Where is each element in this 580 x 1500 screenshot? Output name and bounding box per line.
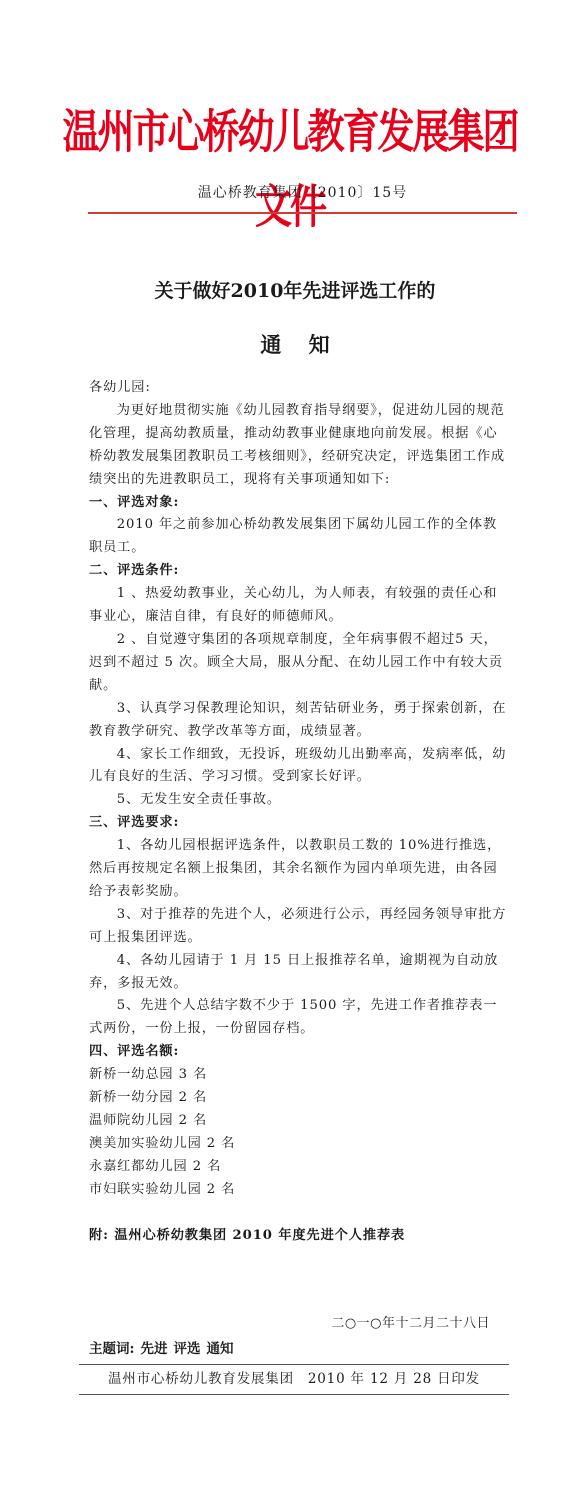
- keywords-label: 主题词:: [89, 1341, 134, 1357]
- keyword: 通知: [206, 1341, 233, 1357]
- issue-date: 2010 年 12 月 28 日印发: [308, 1371, 480, 1387]
- criteria-item: 5、无发生安全责任事故。: [89, 789, 509, 812]
- criteria-item: 1 、热爱幼教事业，关心幼儿，为人师表，有较强的责任心和事业心，廉洁自律，有良好…: [89, 583, 509, 629]
- keyword: 评选: [173, 1341, 200, 1357]
- issue-line: 温州市心桥幼儿教育发展集团2010 年 12 月 28 日印发: [79, 1369, 509, 1389]
- section-heading-requirements: 三、评选要求:: [89, 812, 509, 835]
- criteria-item: 2 、自觉遵守集团的各项规章制度，全年病事假不超过5 天，迟到不超过 5 次。顾…: [89, 629, 509, 698]
- subject-keywords: 主题词:先进评选通知: [89, 1339, 239, 1359]
- quota-item: 温师院幼儿园 2 名: [89, 1110, 509, 1133]
- quota-item: 新桥一幼分园 2 名: [89, 1087, 509, 1110]
- red-separator-line: [88, 212, 517, 214]
- document-masthead-title: 温州市心桥幼儿教育发展集团文件: [60, 96, 520, 246]
- footer-top-rule: [79, 1364, 509, 1365]
- footer-bottom-rule: [79, 1394, 509, 1395]
- notice-title: 关于做好2010年先进评选工作的: [60, 276, 530, 306]
- section-heading-criteria: 二、评选条件:: [89, 560, 509, 583]
- section-heading-targets: 一、评选对象:: [89, 492, 509, 515]
- notice-subtitle: 通 知: [60, 330, 530, 360]
- requirement-item: 4、各幼儿园请于 1 月 15 日上报推荐名单，逾期视为自动放弃，多报无效。: [89, 950, 509, 996]
- criteria-item: 4、家长工作细致，无投诉，班级幼儿出勤率高，发病率低，幼儿有良好的生活、学习习惯…: [89, 744, 509, 790]
- signature-date: 二○一○年十二月二十八日: [300, 1314, 490, 1334]
- quota-item: 永嘉红都幼儿园 2 名: [89, 1156, 509, 1179]
- keyword: 先进: [140, 1341, 167, 1357]
- quota-item: 新桥一幼总园 3 名: [89, 1064, 509, 1087]
- section-paragraph: 2010 年之前参加心桥幼教发展集团下属幼儿园工作的全体教职员工。: [89, 514, 509, 560]
- intro-paragraph: 为更好地贯彻实施《幼儿园教育指导纲要》，促进幼儿园的规范化管理，提高幼教质量，推…: [89, 400, 509, 492]
- notice-body: 各幼儿园: 为更好地贯彻实施《幼儿园教育指导纲要》，促进幼儿园的规范化管理，提高…: [89, 377, 509, 1247]
- blank-line: [89, 1202, 509, 1225]
- salutation: 各幼儿园:: [89, 377, 509, 400]
- attachment-note: 附: 温州心桥幼教集团 2010 年度先进个人推荐表: [89, 1225, 509, 1248]
- requirement-item: 1、各幼儿园根据评选条件，以教职员工数的 10%进行推选，然后再按规定名额上报集…: [89, 835, 509, 904]
- issuer-name: 温州市心桥幼儿教育发展集团: [108, 1371, 294, 1387]
- quota-item: 市妇联实验幼儿园 2 名: [89, 1179, 509, 1202]
- requirement-item: 5、先进个人总结字数不少于 1500 字，先进工作者推荐表一式两份，一份上报，一…: [89, 995, 509, 1041]
- quota-item: 澳美加实验幼儿园 2 名: [89, 1133, 509, 1156]
- document-number: 温心桥教育集团〔2010〕15号: [88, 183, 517, 203]
- section-heading-quotas: 四、评选名额:: [89, 1041, 509, 1064]
- criteria-item: 3、认真学习保教理论知识，刻苦钻研业务，勇于探索创新，在教育教学研究、教学改革等…: [89, 698, 509, 744]
- requirement-item: 3、对于推荐的先进个人，必须进行公示，再经园务领导审批方可上报集团评选。: [89, 904, 509, 950]
